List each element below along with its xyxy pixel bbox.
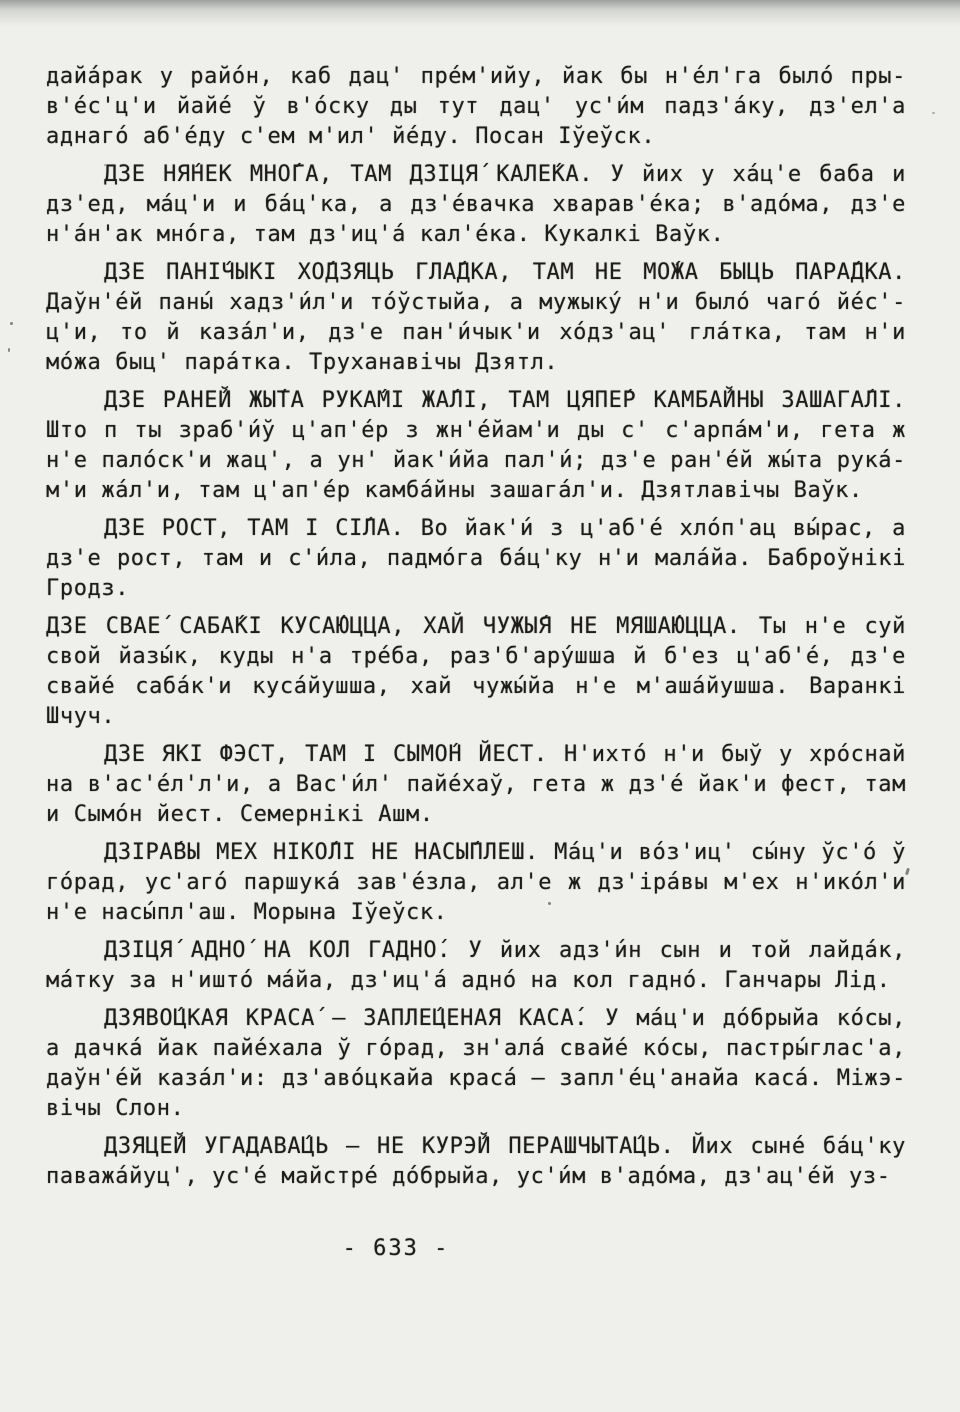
text-line: свайе́ саба́к'и куса́йушша, хай чужы́йа … xyxy=(46,672,906,702)
text-line: Што п ты зраб'и́ў ц'ап'е́р з жн'е́йам'и … xyxy=(46,416,906,446)
paragraph-proverb-entry: ДЗЯВО́ЦКАЯ КРАСА́ — ЗАПЛЕ́ЦЕНАЯ КАСА́. У… xyxy=(46,1004,906,1124)
scan-speck xyxy=(548,902,551,905)
text-line: дз'ед, ма́ц'и и ба́ц'ка, а дз'е́вачка хв… xyxy=(46,190,906,220)
page-number: - 633 - xyxy=(46,1236,746,1261)
paragraph-proverb-entry: ДЗЯЦЕ́Й УГАДАВА́ЦЬ — НЕ КУРЭ́Й ПЕРАШЧЫТА… xyxy=(46,1132,906,1192)
text-line: н'е пало́ск'и жац', а ун' йак'и́йа пал'и… xyxy=(46,446,906,476)
paragraph-proverb-entry: ДЗЕ НЯ́НЕК МНО́ГА, ТАМ ДЗІЦЯ́ КАЛЕ́КА. У… xyxy=(46,160,906,250)
text-line: свой йазы́к, куды н'а тре́ба, раз'б'ару́… xyxy=(46,642,906,672)
paragraph-proverb-entry: ДЗЕ ПАНІ́ЧЫКІ ХО́ДЗЯЦЬ ГЛА́ДКА, ТАМ НЕ М… xyxy=(46,258,906,378)
text-line: н'а́н'ак мно́га, там дз'иц'а́ кал'е́ка. … xyxy=(46,220,906,250)
scan-speck xyxy=(905,868,910,876)
text-line: дайа́рак у райо́н, каб дац' пре́м'ийу, й… xyxy=(46,62,906,92)
text-line: паважа́йуц', ус'е́ майстре́ до́брыйа, ус… xyxy=(46,1162,906,1192)
scan-speck xyxy=(8,348,10,352)
text-line: мо́жа быц' пара́тка. Труханавічы Дзятл. xyxy=(46,348,906,378)
paragraph-proverb-entry: ДЗЕ ЯКІ ФЭСТ, ТАМ І СЫМО́Н ЙЕСТ. Н'ихто́… xyxy=(46,740,906,830)
text-line: ДЗІРА́ВЫ МЕХ НІКО́ЛІ НЕ НАСЫ́ПЛЕШ. Ма́ц'… xyxy=(46,838,906,868)
scan-edge-shadow xyxy=(0,0,960,26)
text-line: м'и жа́л'и, там ц'ап'е́р камба́йны зашаг… xyxy=(46,476,906,506)
text-line: ма́тку за н'ишто́ ма́йа, дз'иц'а́ адно́ … xyxy=(46,966,906,996)
text-line: в'е́с'ц'и йайе́ ў в'о́ску ды тут дац' ус… xyxy=(46,92,906,122)
text-line: ДЗЕ РОСТ, ТАМ І СІ́ЛА. Во йак'и́ з ц'аб'… xyxy=(46,514,906,544)
text-line: ДЗЕ ПАНІ́ЧЫКІ ХО́ДЗЯЦЬ ГЛА́ДКА, ТАМ НЕ М… xyxy=(46,258,906,288)
document-text-block: дайа́рак у райо́н, каб дац' пре́м'ийу, й… xyxy=(46,62,906,1200)
paragraph-continuation: дайа́рак у райо́н, каб дац' пре́м'ийу, й… xyxy=(46,62,906,152)
text-line: ДЗЯВО́ЦКАЯ КРАСА́ — ЗАПЛЕ́ЦЕНАЯ КАСА́. У… xyxy=(46,1004,906,1034)
paragraph-proverb-entry: ДЗЕ РАНЕ́Й ЖЫ́ТА РУКА́МІ ЖА́ЛІ, ТАМ ЦЯПЕ… xyxy=(46,386,906,506)
paragraph-proverb-entry: ДЗІРА́ВЫ МЕХ НІКО́ЛІ НЕ НАСЫ́ПЛЕШ. Ма́ц'… xyxy=(46,838,906,928)
scan-speck xyxy=(104,164,106,166)
scan-speck xyxy=(932,112,935,114)
text-line: го́рад, ус'аго́ паршука́ зав'е́зла, ал'е… xyxy=(46,868,906,898)
text-line: и Сымо́н йест. Семернікі Ашм. xyxy=(46,800,906,830)
text-line: а дачка́ йак пайе́хала ў го́рад, зн'ала́… xyxy=(46,1034,906,1064)
text-line: ДЗІЦЯ́ АДНО́ НА КОЛ ГАДНО́. У йих адз'и́… xyxy=(46,936,906,966)
text-line: ДЗЯЦЕ́Й УГАДАВА́ЦЬ — НЕ КУРЭ́Й ПЕРАШЧЫТА… xyxy=(46,1132,906,1162)
paragraph-proverb-entry: ДЗЕ СВАЕ́ САБА́КІ КУСА́ЮЦЦА, ХАЙ ЧУЖЫ́Я … xyxy=(46,612,906,732)
text-line: на в'ас'е́л'л'и, а Вас'и́л' пайе́хаў, ге… xyxy=(46,770,906,800)
text-line: ДЗЕ НЯ́НЕК МНО́ГА, ТАМ ДЗІЦЯ́ КАЛЕ́КА. У… xyxy=(46,160,906,190)
text-line: н'е насы́пл'аш. Морына Іўеўск. xyxy=(46,898,906,928)
scan-speck xyxy=(10,322,13,325)
text-line: вічы Слон. xyxy=(46,1094,906,1124)
text-line: Гродз. xyxy=(46,574,906,604)
text-line: ДЗЕ РАНЕ́Й ЖЫ́ТА РУКА́МІ ЖА́ЛІ, ТАМ ЦЯПЕ… xyxy=(46,386,906,416)
text-line: ДЗЕ ЯКІ ФЭСТ, ТАМ І СЫМО́Н ЙЕСТ. Н'ихто́… xyxy=(46,740,906,770)
text-line: ДЗЕ СВАЕ́ САБА́КІ КУСА́ЮЦЦА, ХАЙ ЧУЖЫ́Я … xyxy=(46,612,906,642)
text-line: ц'и, то й каза́л'и, дз'е пан'и́чык'и хо́… xyxy=(46,318,906,348)
text-line: дз'е рост, там и с'и́ла, падмо́га ба́ц'к… xyxy=(46,544,906,574)
paragraph-proverb-entry: ДЗІЦЯ́ АДНО́ НА КОЛ ГАДНО́. У йих адз'и́… xyxy=(46,936,906,996)
text-line: даўн'е́й каза́л'и: дз'аво́цкайа краса́ —… xyxy=(46,1064,906,1094)
paragraph-proverb-entry: ДЗЕ РОСТ, ТАМ І СІ́ЛА. Во йак'и́ з ц'аб'… xyxy=(46,514,906,604)
text-line: Шчуч. xyxy=(46,702,906,732)
scanned-document-page: дайа́рак у райо́н, каб дац' пре́м'ийу, й… xyxy=(0,0,960,1412)
text-line: Даўн'е́й паны́ хадз'и́л'и то́ўстыйа, а м… xyxy=(46,288,906,318)
text-line: аднаго́ аб'е́ду с'ем м'ил' йе́ду. Посан … xyxy=(46,122,906,152)
